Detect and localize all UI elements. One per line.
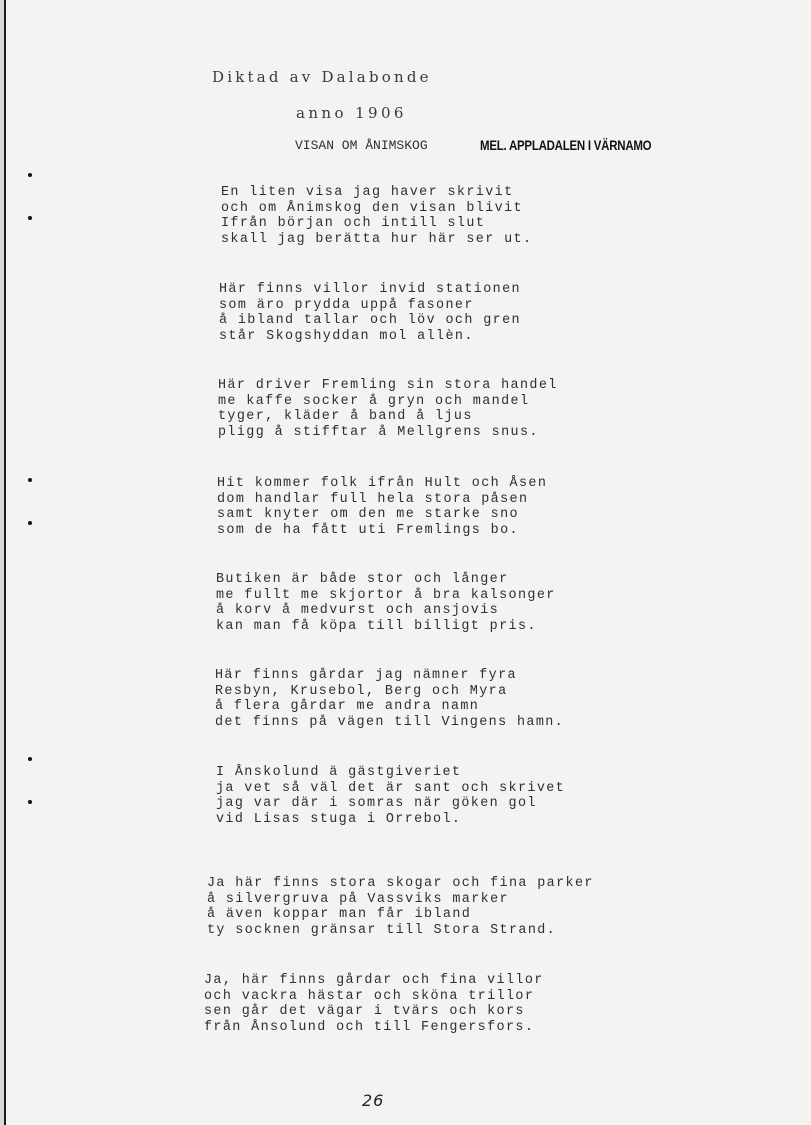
binder-hole-mark — [28, 478, 32, 482]
stanza-line: å korv å medvurst och ansjovis — [216, 603, 556, 619]
stanza-line: samt knyter om den me starke sno — [217, 507, 547, 523]
binder-hole-mark — [28, 216, 32, 220]
binder-hole-mark — [28, 521, 32, 525]
stanza: Här driver Fremling sin stora handelme k… — [218, 378, 558, 440]
stanza-line: kan man få köpa till billigt pris. — [216, 619, 556, 635]
stanza-line: och om Ånimskog den visan blivit — [221, 201, 532, 217]
stanza-line: ty socknen gränsar till Stora Strand. — [207, 923, 594, 939]
stanza-line: Resbyn, Krusebol, Berg och Myra — [215, 684, 564, 700]
page-number: 26 — [362, 1091, 384, 1110]
melody-note-handwritten: MEL. APPLADALEN I VÄRNAMO — [480, 137, 651, 153]
stanza-line: å även koppar man får ibland — [207, 907, 594, 923]
stanza-line: sen går det vägar i tvärs och kors — [204, 1004, 544, 1020]
stanza-line: ja vet så väl det är sant och skrivet — [216, 781, 565, 797]
stanza-line: skall jag berätta hur här ser ut. — [221, 232, 532, 248]
stanza-line: som äro prydda uppå fasoner — [219, 298, 521, 314]
stanza-line: från Ånsolund och till Fengersfors. — [204, 1020, 544, 1036]
stanza: Butiken är både stor och långerme fullt … — [216, 572, 556, 634]
stanza: Hit kommer folk ifrån Hult och Åsendom h… — [217, 476, 547, 538]
stanza-line: me fullt me skjortor å bra kalsonger — [216, 588, 556, 604]
stanza-line: Här finns villor invid stationen — [219, 282, 521, 298]
stanza-line: å flera gårdar me andra namn — [215, 699, 564, 715]
stanza: I Ånskolund ä gästgiverietja vet så väl … — [216, 765, 565, 827]
stanza-line: å silvergruva på Vassviks marker — [207, 892, 594, 908]
stanza-line: dom handlar full hela stora påsen — [217, 492, 547, 508]
stanza-line: Ja här finns stora skogar och fina parke… — [207, 876, 594, 892]
stanza-line: pligg å stifftar å Mellgrens snus. — [218, 425, 558, 441]
stanza: Här finns gårdar jag nämner fyraResbyn, … — [215, 668, 564, 730]
stanza-line: Här finns gårdar jag nämner fyra — [215, 668, 564, 684]
stanza-line: Butiken är både stor och långer — [216, 572, 556, 588]
song-title: VISAN OM ÅNIMSKOG — [295, 138, 428, 153]
binder-hole-mark — [28, 173, 32, 177]
stanza-line: En liten visa jag haver skrivit — [221, 185, 532, 201]
binder-hole-mark — [28, 800, 32, 804]
document-title: Diktad av Dalabonde — [212, 68, 432, 86]
stanza-line: Ja, här finns gårdar och fina villor — [204, 973, 544, 989]
stanza: Här finns villor invid stationensom äro … — [219, 282, 521, 344]
stanza-line: jag var där i somras när göken gol — [216, 796, 565, 812]
stanza-line: tyger, kläder å band å ljus — [218, 409, 558, 425]
page-left-edge — [4, 0, 6, 1125]
stanza: En liten visa jag haver skrivitoch om Ån… — [221, 185, 532, 247]
stanza-line: det finns på vägen till Vingens hamn. — [215, 715, 564, 731]
document-year: anno 1906 — [296, 104, 407, 122]
stanza-line: Ifrån början och intill slut — [221, 216, 532, 232]
stanza-line: I Ånskolund ä gästgiveriet — [216, 765, 565, 781]
stanza-line: å ibland tallar och löv och gren — [219, 313, 521, 329]
stanza-line: står Skogshyddan mol allèn. — [219, 329, 521, 345]
stanza-line: som de ha fått uti Fremlings bo. — [217, 523, 547, 539]
stanza-line: me kaffe socker å gryn och mandel — [218, 394, 558, 410]
stanza-line: Hit kommer folk ifrån Hult och Åsen — [217, 476, 547, 492]
stanza-line: vid Lisas stuga i Orrebol. — [216, 812, 565, 828]
stanza: Ja här finns stora skogar och fina parke… — [207, 876, 594, 938]
stanza-line: och vackra hästar och sköna trillor — [204, 989, 544, 1005]
stanza: Ja, här finns gårdar och fina villoroch … — [204, 973, 544, 1035]
binder-hole-mark — [28, 757, 32, 761]
stanza-line: Här driver Fremling sin stora handel — [218, 378, 558, 394]
